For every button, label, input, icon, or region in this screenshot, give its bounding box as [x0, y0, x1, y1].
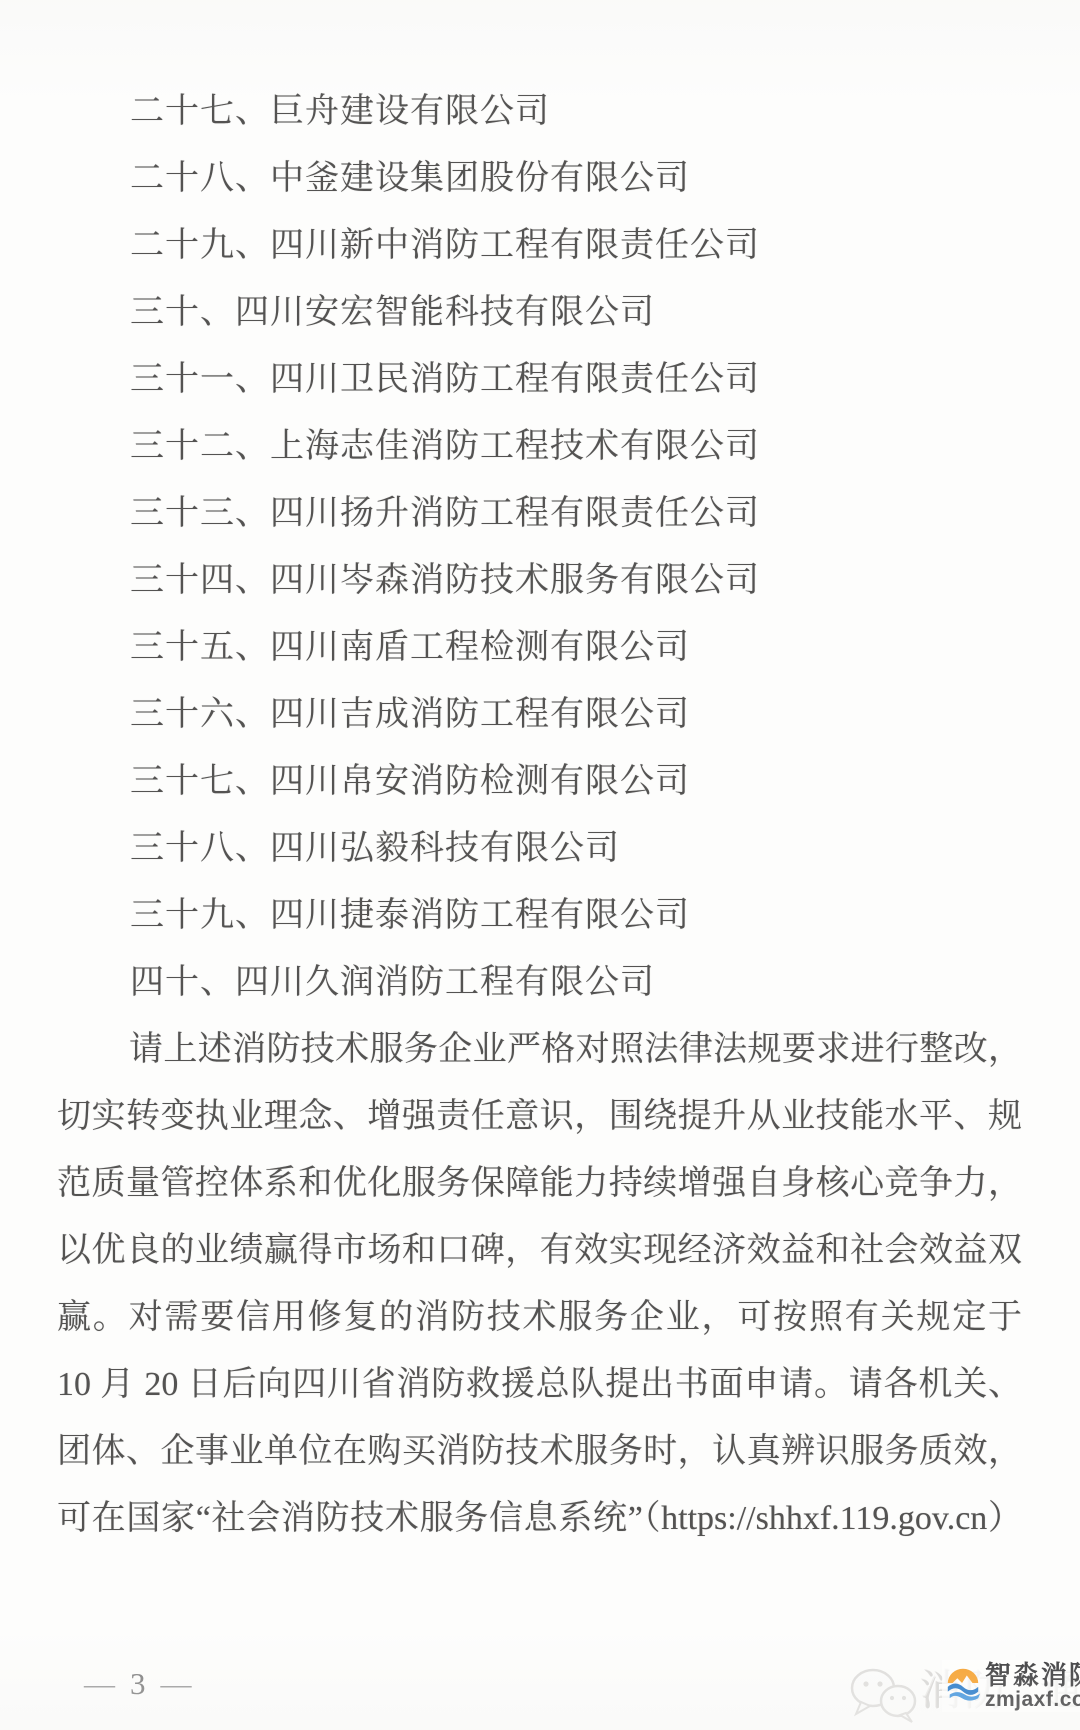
- list-item: 二十七、巨舟建设有限公司: [130, 78, 1080, 145]
- paragraph-line: 切实转变执业理念、增强责任意识，围绕提升从业技能水平、规: [57, 1083, 1022, 1150]
- list-item: 三十一、四川卫民消防工程有限责任公司: [130, 346, 1080, 413]
- zhimiao-logo-site: zmjaxf.com: [985, 1689, 1080, 1711]
- page-number: — 3 —: [84, 1666, 192, 1702]
- closing-paragraph: 请上述消防技术服务企业严格对照法律法规要求进行整改， 切实转变执业理念、增强责任…: [0, 1016, 1080, 1552]
- paragraph-line: 可在国家“社会消防技术服务信息系统”（https://shhxf.119.gov…: [57, 1485, 1022, 1552]
- list-item: 三十二、上海志佳消防工程技术有限公司: [130, 413, 1080, 480]
- list-item: 三十四、四川岑森消防技术服务有限公司: [130, 547, 1080, 614]
- list-item: 二十九、四川新中消防工程有限责任公司: [130, 212, 1080, 279]
- page-number-dash-left: —: [84, 1666, 115, 1702]
- scanned-document-page: 二十七、巨舟建设有限公司 二十八、中釜建设集团股份有限公司 二十九、四川新中消防…: [0, 0, 1080, 1730]
- list-item: 三十五、四川南盾工程检测有限公司: [130, 614, 1080, 681]
- wechat-icon: [848, 1664, 920, 1730]
- paragraph-line: 赢。对需要信用修复的消防技术服务企业，可按照有关规定于: [57, 1284, 1022, 1351]
- list-item: 二十八、中釜建设集团股份有限公司: [130, 145, 1080, 212]
- list-item: 三十、四川安宏智能科技有限公司: [130, 279, 1080, 346]
- paragraph-line: 以优良的业绩赢得市场和口碑，有效实现经济效益和社会效益双: [57, 1217, 1022, 1284]
- company-list: 二十七、巨舟建设有限公司 二十八、中釜建设集团股份有限公司 二十九、四川新中消防…: [0, 78, 1080, 1016]
- page-number-value: 3: [130, 1666, 146, 1702]
- list-item: 三十三、四川扬升消防工程有限责任公司: [130, 480, 1080, 547]
- paragraph-line: 团体、企事业单位在购买消防技术服务时，认真辨识服务质效，: [57, 1418, 1022, 1485]
- document-body: 二十七、巨舟建设有限公司 二十八、中釜建设集团股份有限公司 二十九、四川新中消防…: [0, 78, 1080, 1552]
- paragraph-line: 10 月 20 日后向四川省消防救援总队提出书面申请。请各机关、: [57, 1351, 1022, 1418]
- zhimiao-logo-name: 智淼消防: [985, 1661, 1080, 1689]
- paragraph-line: 请上述消防技术服务企业严格对照法律法规要求进行整改，: [57, 1016, 1022, 1083]
- zhimiao-logo-icon: [944, 1664, 982, 1709]
- paragraph-line: 范质量管控体系和优化服务保障能力持续增强自身核心竞争力，: [57, 1150, 1022, 1217]
- list-item: 三十八、四川弘毅科技有限公司: [130, 815, 1080, 882]
- list-item: 三十九、四川捷泰消防工程有限公司: [130, 882, 1080, 949]
- list-item: 三十七、四川帛安消防检测有限公司: [130, 748, 1080, 815]
- list-item: 三十六、四川吉成消防工程有限公司: [130, 681, 1080, 748]
- page-number-dash-right: —: [161, 1666, 192, 1702]
- list-item: 四十、四川久润消防工程有限公司: [130, 949, 1080, 1016]
- watermark: 消防 通 智淼消防 zmjaxf.com: [842, 1650, 1080, 1730]
- zhimiao-logo: 智淼消防 zmjaxf.com: [942, 1660, 1080, 1712]
